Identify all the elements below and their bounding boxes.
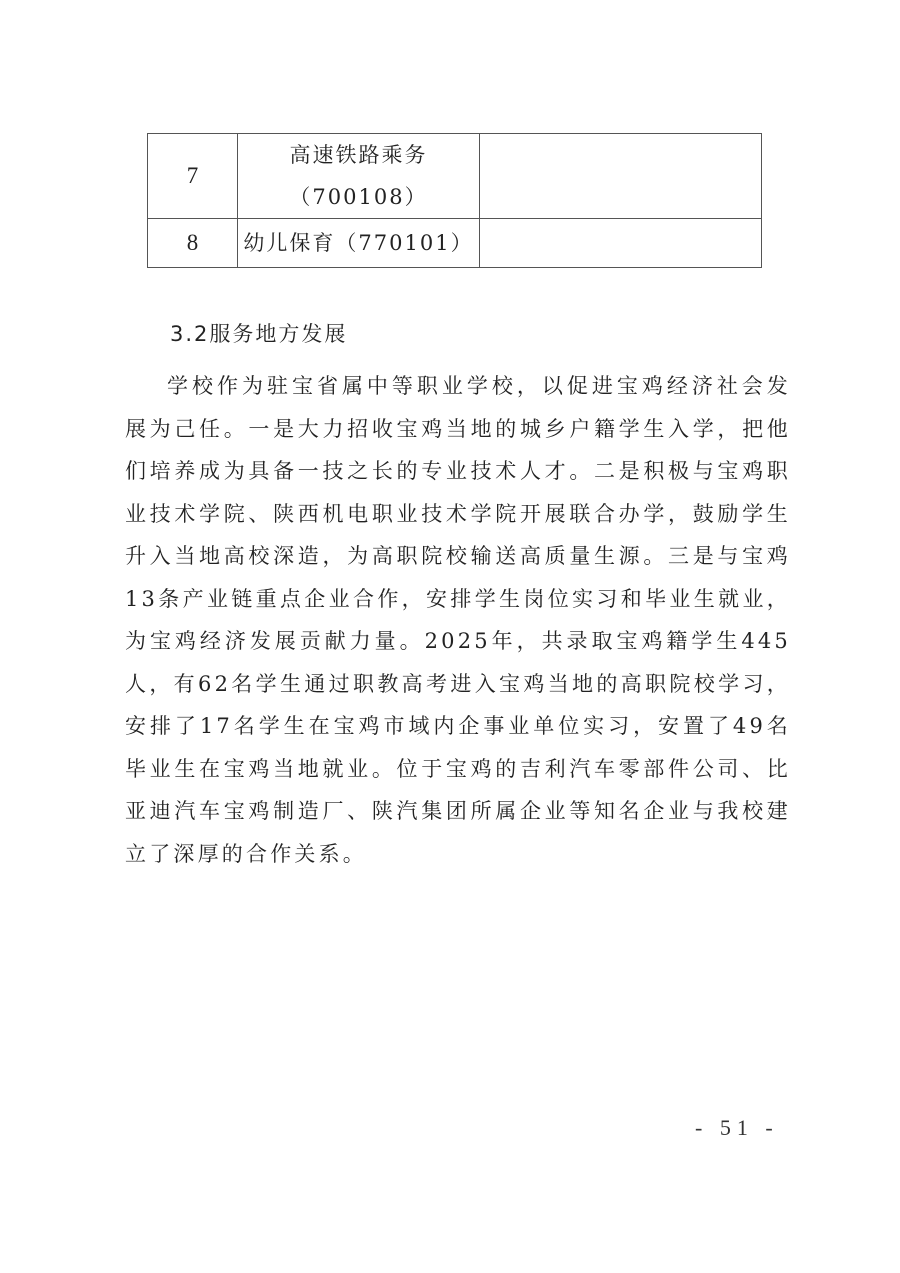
- table-row: 7 高速铁路乘务 （700108）: [148, 134, 762, 219]
- document-page: 7 高速铁路乘务 （700108） 8 幼儿保育（770101） 3.2服务地方…: [0, 0, 900, 1273]
- major-name-line1: 高速铁路乘务: [238, 134, 479, 176]
- body-paragraph: 学校作为驻宝省属中等职业学校，以促进宝鸡经济社会发展为己任。一是大力招收宝鸡当地…: [125, 365, 791, 875]
- row-index: 8: [148, 219, 238, 268]
- row-note: [480, 134, 762, 219]
- row-note: [480, 219, 762, 268]
- page-number: - 51 -: [695, 1115, 779, 1141]
- majors-table: 7 高速铁路乘务 （700108） 8 幼儿保育（770101）: [147, 133, 762, 268]
- major-code: （700108）: [238, 176, 479, 218]
- section-heading: 3.2服务地方发展: [170, 318, 347, 348]
- row-index: 7: [148, 134, 238, 219]
- major-name: 高速铁路乘务 （700108）: [238, 134, 480, 219]
- major-name: 幼儿保育（770101）: [238, 219, 480, 268]
- table-row: 8 幼儿保育（770101）: [148, 219, 762, 268]
